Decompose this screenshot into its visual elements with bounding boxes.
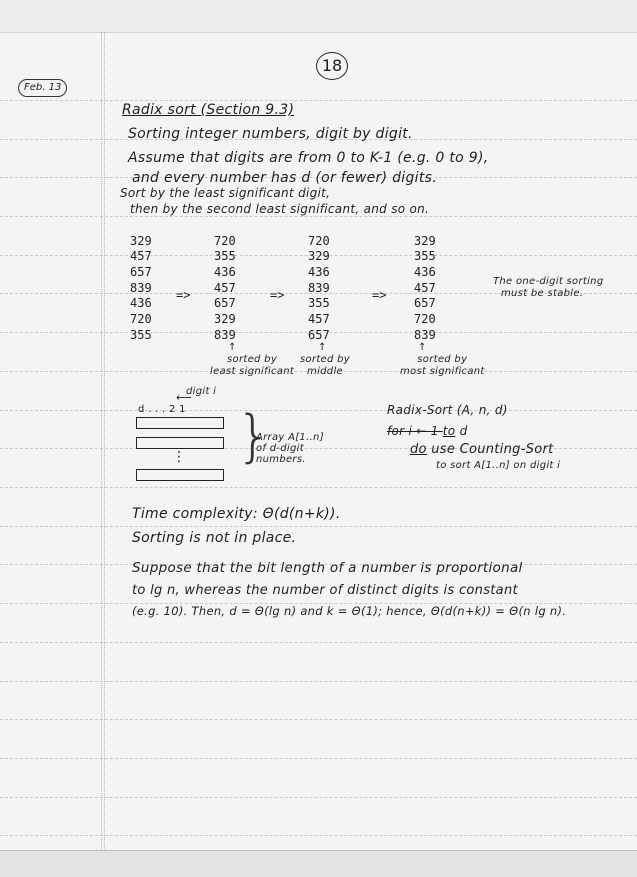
- example-number: 355: [130, 328, 152, 342]
- up-arrow-icon: ↑: [418, 342, 427, 353]
- for-end: d: [455, 424, 467, 438]
- array-desc-line: numbers.: [256, 454, 324, 465]
- margin-line: [101, 32, 102, 850]
- digit-positions: d . . . 2 1: [138, 404, 186, 415]
- example-number: 436: [414, 265, 436, 279]
- example-number: 329: [214, 312, 236, 326]
- note-line: must be stable.: [493, 288, 603, 300]
- up-arrow-icon: ↑: [228, 342, 237, 353]
- intro-line: then by the second least significant, an…: [130, 202, 429, 216]
- ruled-line: [0, 681, 637, 682]
- suppose-line: to lg n, whereas the number of distinct …: [132, 583, 518, 598]
- example-number: 720: [308, 234, 330, 248]
- ruled-line: [0, 410, 637, 411]
- example-number: 329: [414, 234, 436, 248]
- implies-arrow-icon: =>: [270, 288, 284, 302]
- pseudocode-signature: Radix-Sort (A, n, d): [387, 403, 508, 417]
- ruled-line: [0, 642, 637, 643]
- example-number: 720: [130, 312, 152, 326]
- intro-line: Sort by the least significant digit,: [120, 186, 330, 200]
- margin-line: [104, 32, 105, 850]
- ruled-line: [0, 487, 637, 488]
- example-number: 355: [308, 296, 330, 310]
- example-number: 436: [308, 265, 330, 279]
- note-line: The one-digit sorting: [493, 276, 603, 288]
- ruled-line: [0, 719, 637, 720]
- example-number: 329: [130, 234, 152, 248]
- example-number: 839: [130, 281, 152, 295]
- example-number: 657: [130, 265, 152, 279]
- array-row: [136, 437, 224, 449]
- section-heading: Radix sort (Section 9.3): [122, 102, 294, 118]
- intro-line: and every number has d (or fewer) digits…: [132, 170, 437, 186]
- ruled-line: [0, 216, 637, 217]
- stability-note: The one-digit sorting must be stable.: [493, 276, 603, 300]
- page-top-edge: [0, 0, 637, 33]
- do-keyword: do: [410, 442, 427, 457]
- pass-caption: sorted by most significant: [400, 354, 485, 378]
- complexity-line: Time complexity: Θ(d(n+k)).: [132, 506, 341, 522]
- pass-caption: sorted by least significant: [210, 354, 294, 378]
- example-number: 839: [308, 281, 330, 295]
- ruled-line: [0, 526, 637, 527]
- ruled-line: [0, 758, 637, 759]
- notebook-page: 18 Feb. 13 Radix sort (Section 9.3) Sort…: [0, 0, 637, 851]
- array-row: [136, 469, 224, 481]
- for-range: i ← 1: [404, 424, 442, 438]
- intro-line: Assume that digits are from 0 to K-1 (e.…: [128, 150, 488, 166]
- example-number: 355: [414, 249, 436, 263]
- example-number: 839: [214, 328, 236, 342]
- to-keyword: to: [443, 424, 456, 438]
- page-number: 18: [316, 52, 348, 80]
- array-description: Array A[1..n] of d-digit numbers.: [256, 432, 324, 465]
- ruled-line: [0, 835, 637, 836]
- example-number: 720: [214, 234, 236, 248]
- array-desc-line: of d-digit: [256, 443, 324, 454]
- pseudocode-for-line: for i ← 1 to d: [387, 424, 468, 438]
- array-desc-line: Array A[1..n]: [256, 432, 324, 443]
- pseudocode-do-line: do use Counting-Sort: [410, 442, 554, 457]
- date-label: Feb. 13: [18, 79, 67, 97]
- example-number: 657: [308, 328, 330, 342]
- ruled-line: [0, 797, 637, 798]
- example-number: 436: [214, 265, 236, 279]
- example-number: 720: [414, 312, 436, 326]
- example-number: 329: [308, 249, 330, 263]
- example-number: 457: [414, 281, 436, 295]
- implies-arrow-icon: =>: [372, 288, 386, 302]
- example-number: 657: [414, 296, 436, 310]
- pseudocode-body: to sort A[1..n] on digit i: [436, 460, 560, 471]
- suppose-line: (e.g. 10). Then, d = Θ(lg n) and k = Θ(1…: [132, 604, 566, 618]
- example-number: 436: [130, 296, 152, 310]
- example-number: 839: [414, 328, 436, 342]
- intro-line: Sorting integer numbers, digit by digit.: [128, 126, 413, 142]
- example-number: 457: [214, 281, 236, 295]
- example-number: 355: [214, 249, 236, 263]
- ruled-line: [0, 100, 637, 101]
- implies-arrow-icon: =>: [176, 288, 190, 302]
- example-number: 457: [130, 249, 152, 263]
- for-keyword: for: [387, 424, 404, 438]
- suppose-line: Suppose that the bit length of a number …: [132, 560, 523, 576]
- example-number: 457: [308, 312, 330, 326]
- up-arrow-icon: ↑: [318, 342, 327, 353]
- left-arrow-icon: ⟵: [176, 391, 192, 404]
- pass-caption: sorted by middle: [300, 354, 350, 378]
- do-body: use Counting-Sort: [427, 442, 554, 457]
- vertical-ellipsis: ⋮: [172, 449, 186, 465]
- complexity-line: Sorting is not in place.: [132, 530, 296, 546]
- array-row: [136, 417, 224, 429]
- example-number: 657: [214, 296, 236, 310]
